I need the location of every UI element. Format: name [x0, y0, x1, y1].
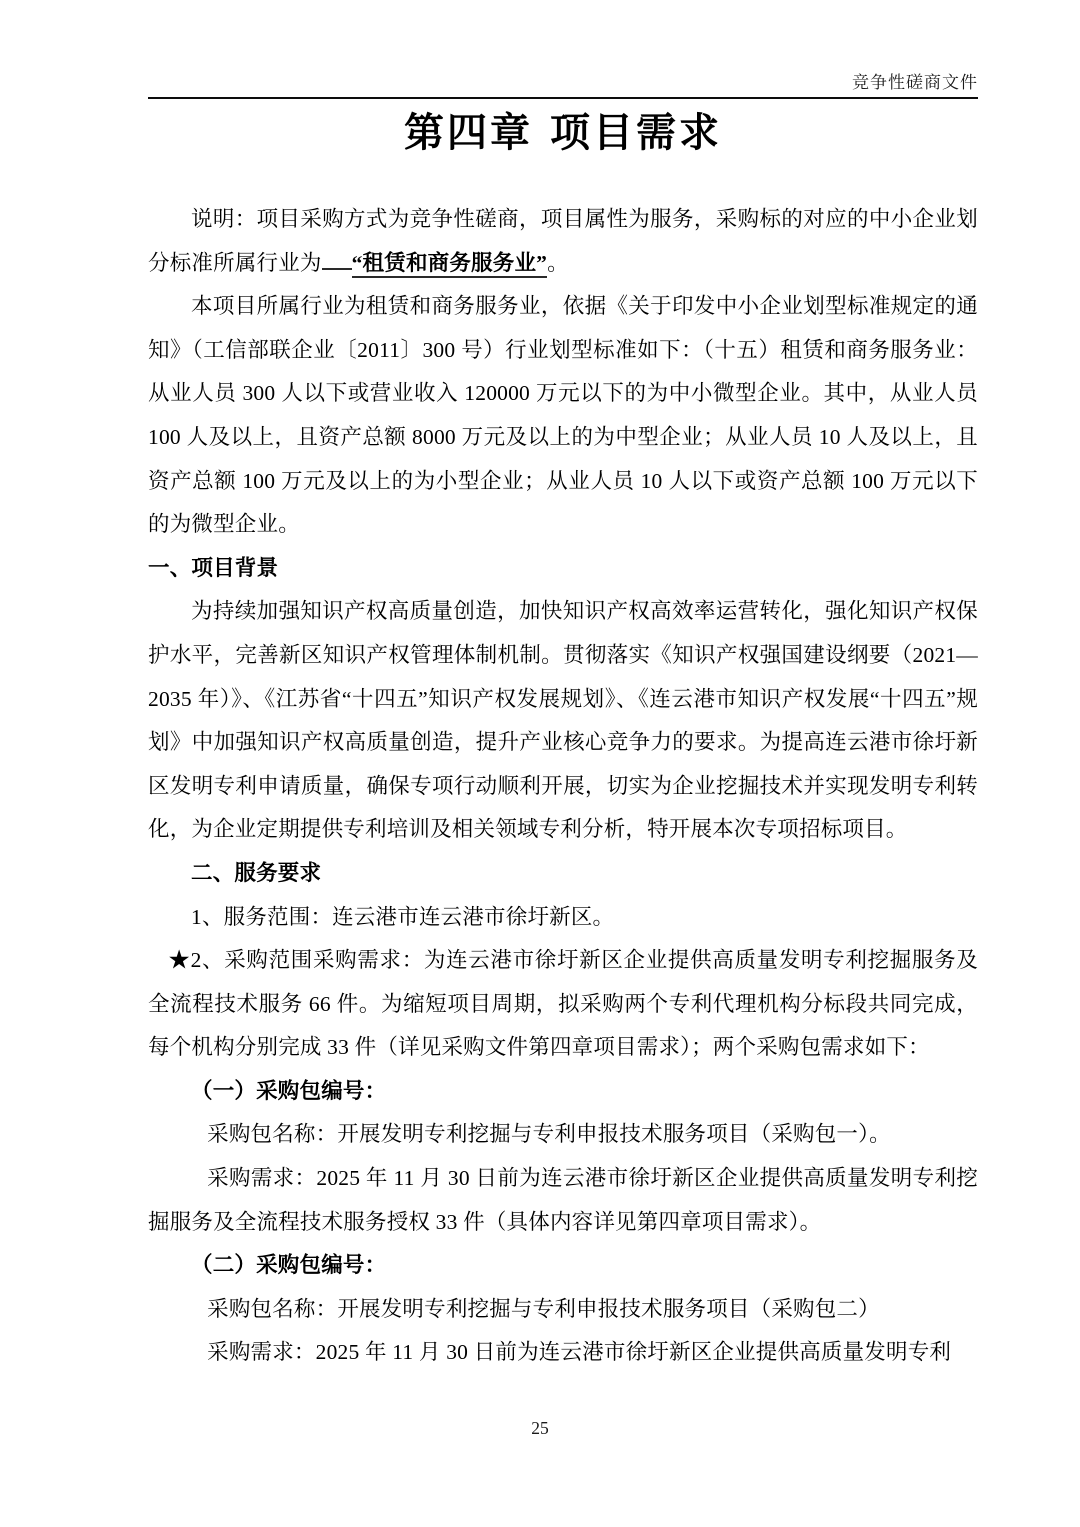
document-body: 说明：项目采购方式为竞争性磋商，项目属性为服务，采购标的对应的中小企业划分标准所… — [148, 198, 978, 1375]
header-divider — [148, 97, 978, 99]
paragraph-service-scope: 1、服务范围：连云港市连云港市徐圩新区。 — [148, 896, 978, 940]
header-doc-type-label: 竞争性磋商文件 — [852, 73, 978, 92]
instructions-period: 。 — [547, 251, 569, 275]
underline-blank — [322, 248, 352, 270]
procurement-scope-text: 2、采购范围采购需求：为连云港市徐圩新区企业提供高质量发明专利挖掘服务及全流程技… — [148, 948, 978, 1059]
page-number: 25 — [0, 1418, 1080, 1439]
page-header: 竞争性磋商文件 — [148, 0, 978, 94]
industry-underlined-term: “租赁和商务服务业” — [352, 251, 548, 278]
heading-project-background: 一、项目背景 — [148, 547, 978, 591]
paragraph-package-one-demand: 采购需求：2025 年 11 月 30 日前为连云港市徐圩新区企业提供高质量发明… — [148, 1157, 978, 1244]
heading-package-one-number: （一）采购包编号： — [148, 1070, 978, 1114]
heading-package-two-number: （二）采购包编号： — [148, 1244, 978, 1288]
paragraph-package-one-name: 采购包名称：开展发明专利挖掘与专利申报技术服务项目（采购包一）。 — [148, 1113, 978, 1157]
paragraph-package-two-name: 采购包名称：开展发明专利挖掘与专利申报技术服务项目（采购包二） — [148, 1288, 978, 1332]
star-icon: ★ — [168, 948, 190, 972]
paragraph-procurement-scope: ★2、采购范围采购需求：为连云港市徐圩新区企业提供高质量发明专利挖掘服务及全流程… — [148, 939, 978, 1070]
paragraph-instructions: 说明：项目采购方式为竞争性磋商，项目属性为服务，采购标的对应的中小企业划分标准所… — [148, 198, 978, 285]
document-page: 竞争性磋商文件 第四章 项目需求 说明：项目采购方式为竞争性磋商，项目属性为服务… — [0, 0, 1080, 1527]
paragraph-package-two-demand: 采购需求：2025 年 11 月 30 日前为连云港市徐圩新区企业提供高质量发明… — [148, 1331, 978, 1375]
content-column: 竞争性磋商文件 第四章 项目需求 说明：项目采购方式为竞争性磋商，项目属性为服务… — [148, 0, 978, 1375]
chapter-title: 第四章 项目需求 — [148, 105, 978, 161]
paragraph-background: 为持续加强知识产权高质量创造，加快知识产权高效率运营转化，强化知识产权保护水平，… — [148, 590, 978, 852]
paragraph-industry-standard: 本项目所属行业为租赁和商务服务业，依据《关于印发中小企业划型标准规定的通知》（工… — [148, 285, 978, 547]
heading-service-requirements: 二、服务要求 — [148, 852, 978, 896]
